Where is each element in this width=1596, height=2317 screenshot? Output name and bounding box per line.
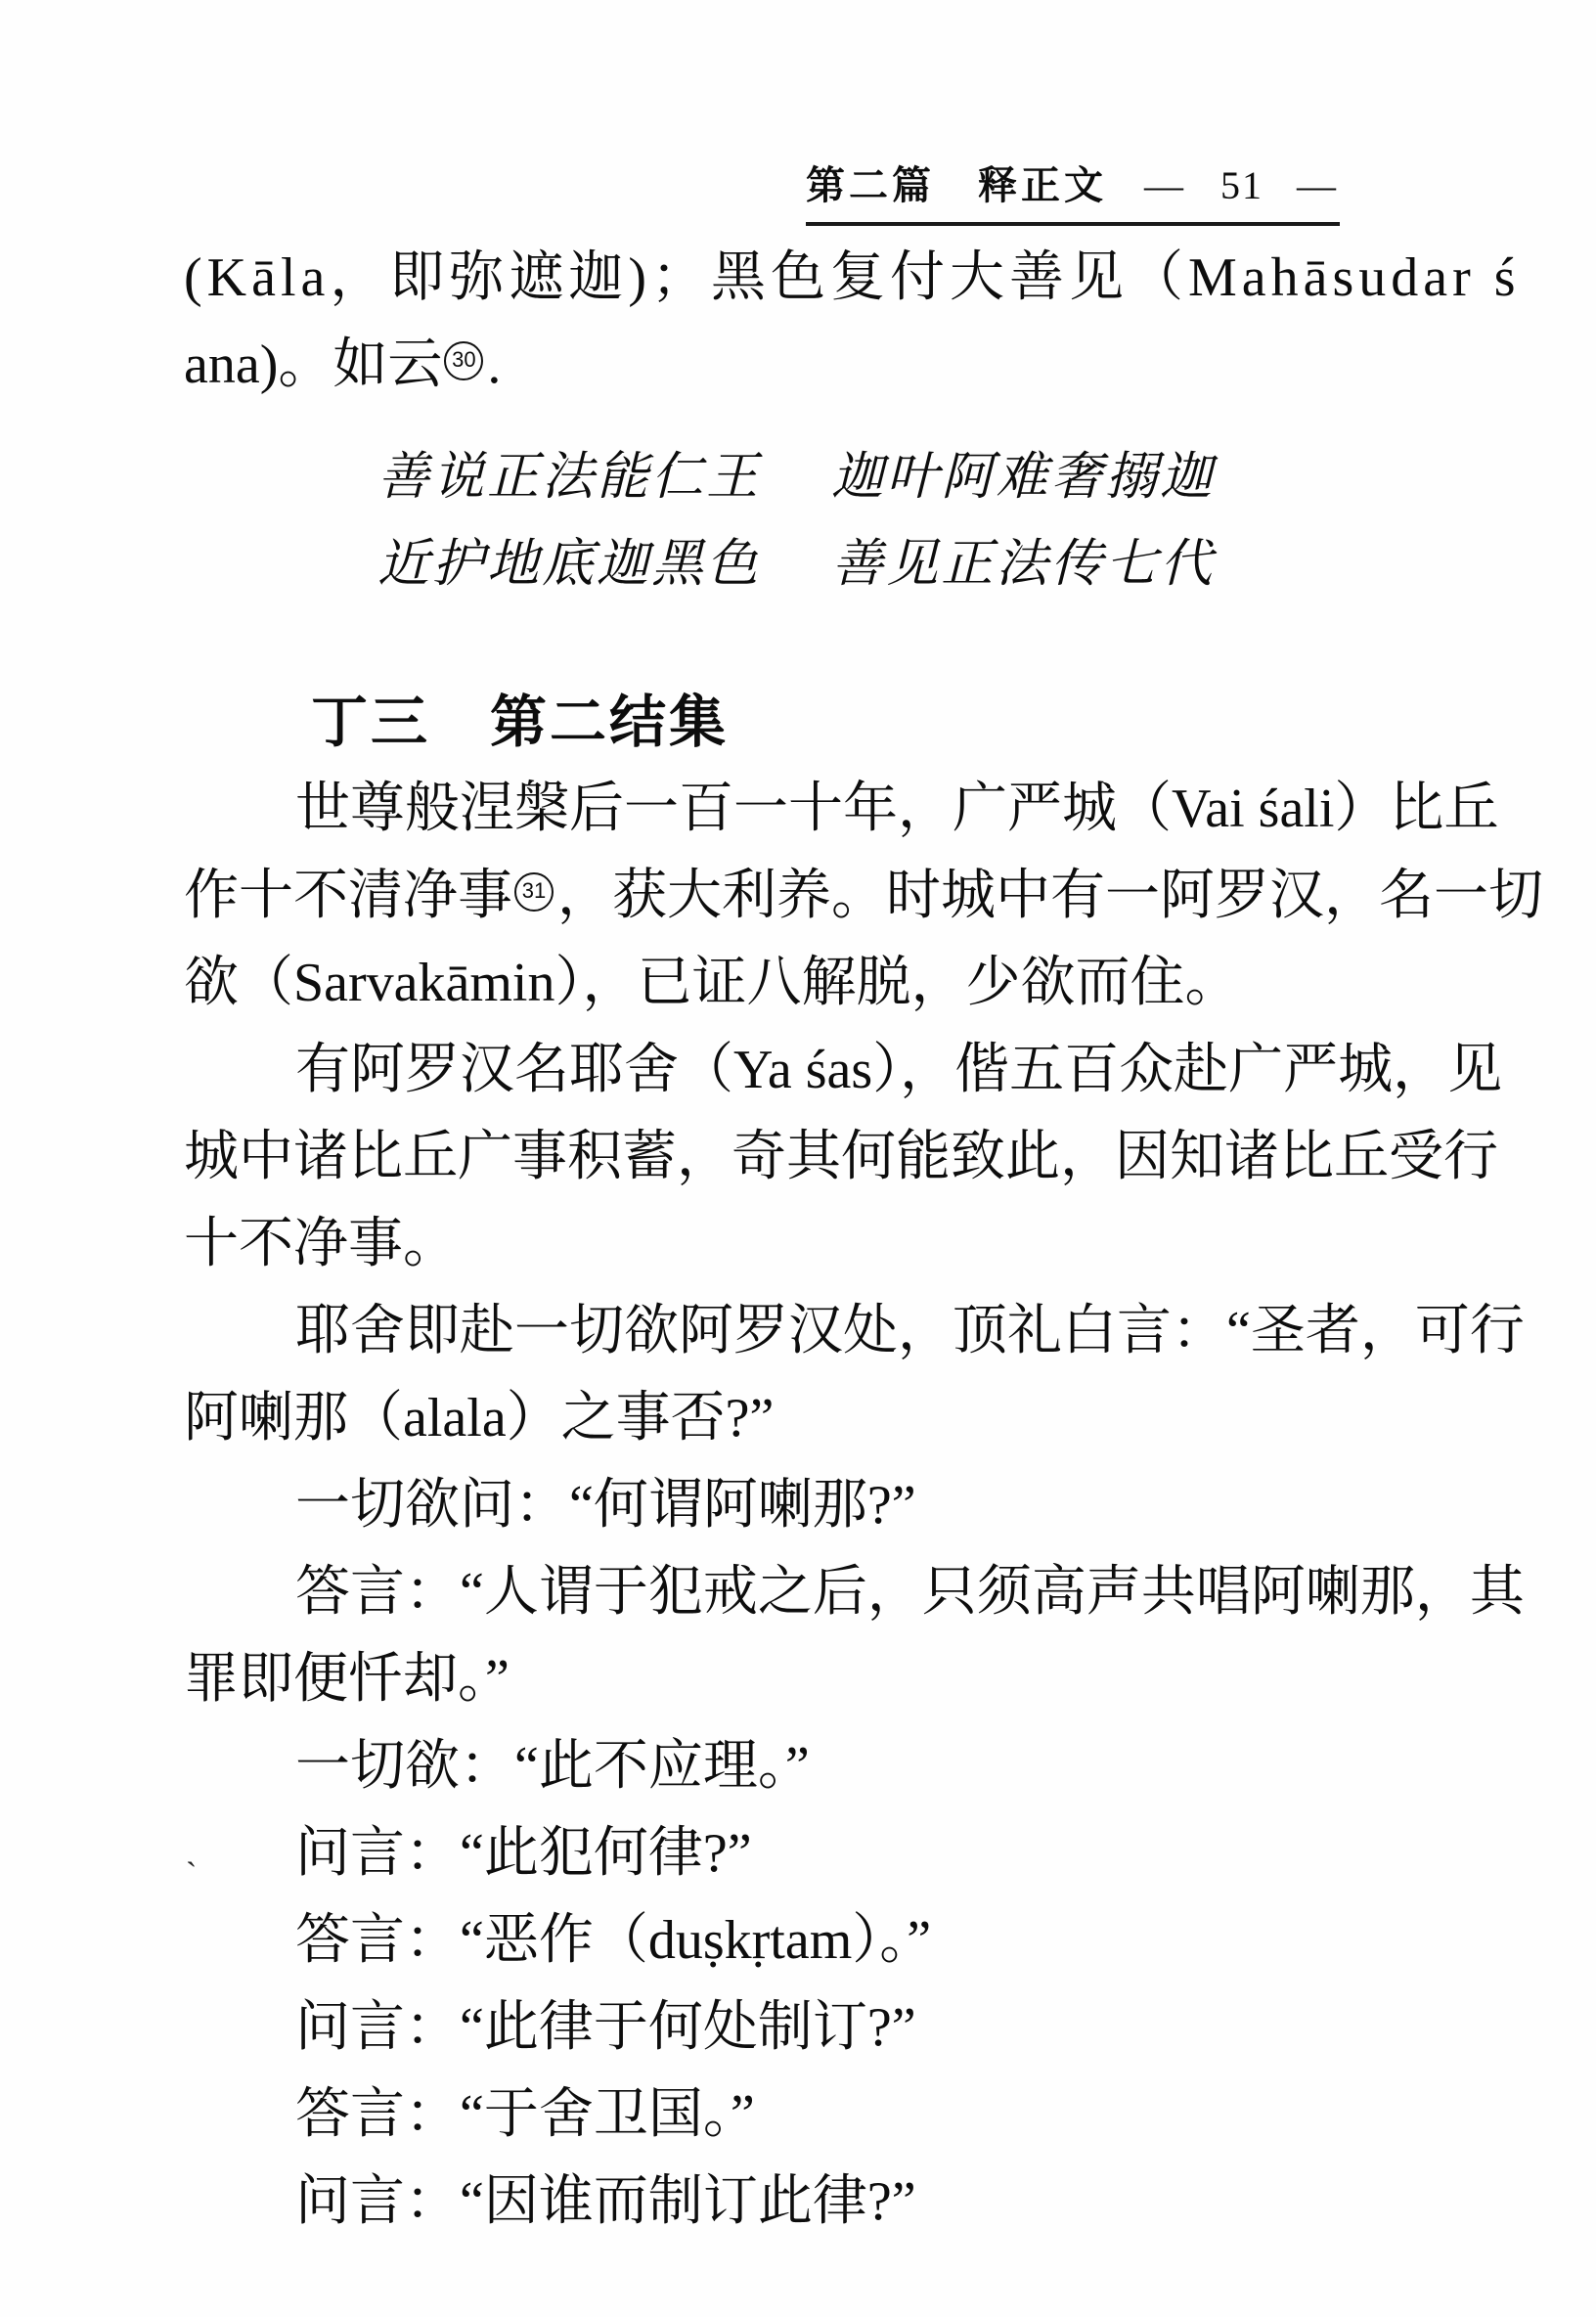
- text-line: 问言：“因谁而制订此律?”: [184, 2159, 1434, 2246]
- book-page: 第二篇 释正文—51— (Kāla，即弥遮迦)；黑色复付大善见（Mahāsuda…: [0, 0, 1596, 2317]
- text-line: 答言：“于舍卫国。”: [184, 2072, 1434, 2159]
- text-segment: ，获大利养。时城中有一阿罗汉，名一切: [557, 866, 1543, 926]
- text-segment: .: [487, 334, 501, 395]
- running-header: 第二篇 释正文—51—: [806, 155, 1340, 226]
- text-line: 一切欲：“此不应理。”: [184, 1723, 1434, 1810]
- text-line: 作十不清净事31，获大利养。时城中有一阿罗汉，名一切: [184, 853, 1434, 940]
- header-dash-right: —: [1297, 163, 1340, 207]
- header-section-title: 第二篇 释正文: [806, 163, 1107, 207]
- text-line: 世尊般涅槃后一百一十年，广严城（Vai śali）比丘: [184, 766, 1434, 853]
- text-line: 欲（Sarvakāmin），已证八解脱，少欲而住。: [184, 940, 1434, 1027]
- text-line: 十不净事。: [184, 1201, 1434, 1288]
- text-line: 答言：“人谓于犯戒之后，只须高声共唱阿喇那，其: [184, 1549, 1434, 1636]
- text-line: (Kāla，即弥遮迦)；黑色复付大善见（Mahāsudar ś: [184, 235, 1434, 322]
- text-line: 罪即便忏却。”: [184, 1636, 1434, 1723]
- text-line: 耶舍即赴一切欲阿罗汉处，顶礼白言：“圣者，可行: [184, 1288, 1434, 1375]
- text-line: 一切欲问：“何谓阿喇那?”: [184, 1462, 1434, 1549]
- text-line: 问言：“此犯何律?”: [184, 1810, 1434, 1897]
- text-line: 城中诸比丘广事积蓄，奇其何能致此，因知诸比丘受行: [184, 1114, 1434, 1201]
- text-line: 问言：“此律于何处制订?”: [184, 1984, 1434, 2072]
- header-page-number: 51: [1220, 163, 1263, 207]
- text-line: 答言：“恶作（duṣkṛtam）。”: [184, 1897, 1434, 1984]
- text-line: ana)。如云30.: [184, 322, 1434, 409]
- text-line: 阿喇那（alala）之事否?”: [184, 1375, 1434, 1462]
- page-body: (Kāla，即弥遮迦)；黑色复付大善见（Mahāsudar ś ana)。如云3…: [184, 235, 1434, 2246]
- print-artifact: `: [186, 1856, 197, 1894]
- verse-line: 近护地底迦黑色 善见正法传七代: [377, 521, 1434, 608]
- text-segment: 作十不清净事: [184, 866, 512, 926]
- text-line: 有阿罗汉名耶舍（Ya śas），偕五百众赴广严城，见: [184, 1027, 1434, 1114]
- header-dash-left: —: [1144, 163, 1187, 207]
- section-heading: 丁三 第二结集: [311, 679, 1434, 766]
- footnote-marker: 31: [514, 872, 554, 912]
- footnote-marker: 30: [444, 341, 483, 380]
- verse-line: 善说正法能仁王 迦叶阿难奢搦迦: [377, 434, 1434, 521]
- text-segment: ana)。如云: [184, 334, 442, 395]
